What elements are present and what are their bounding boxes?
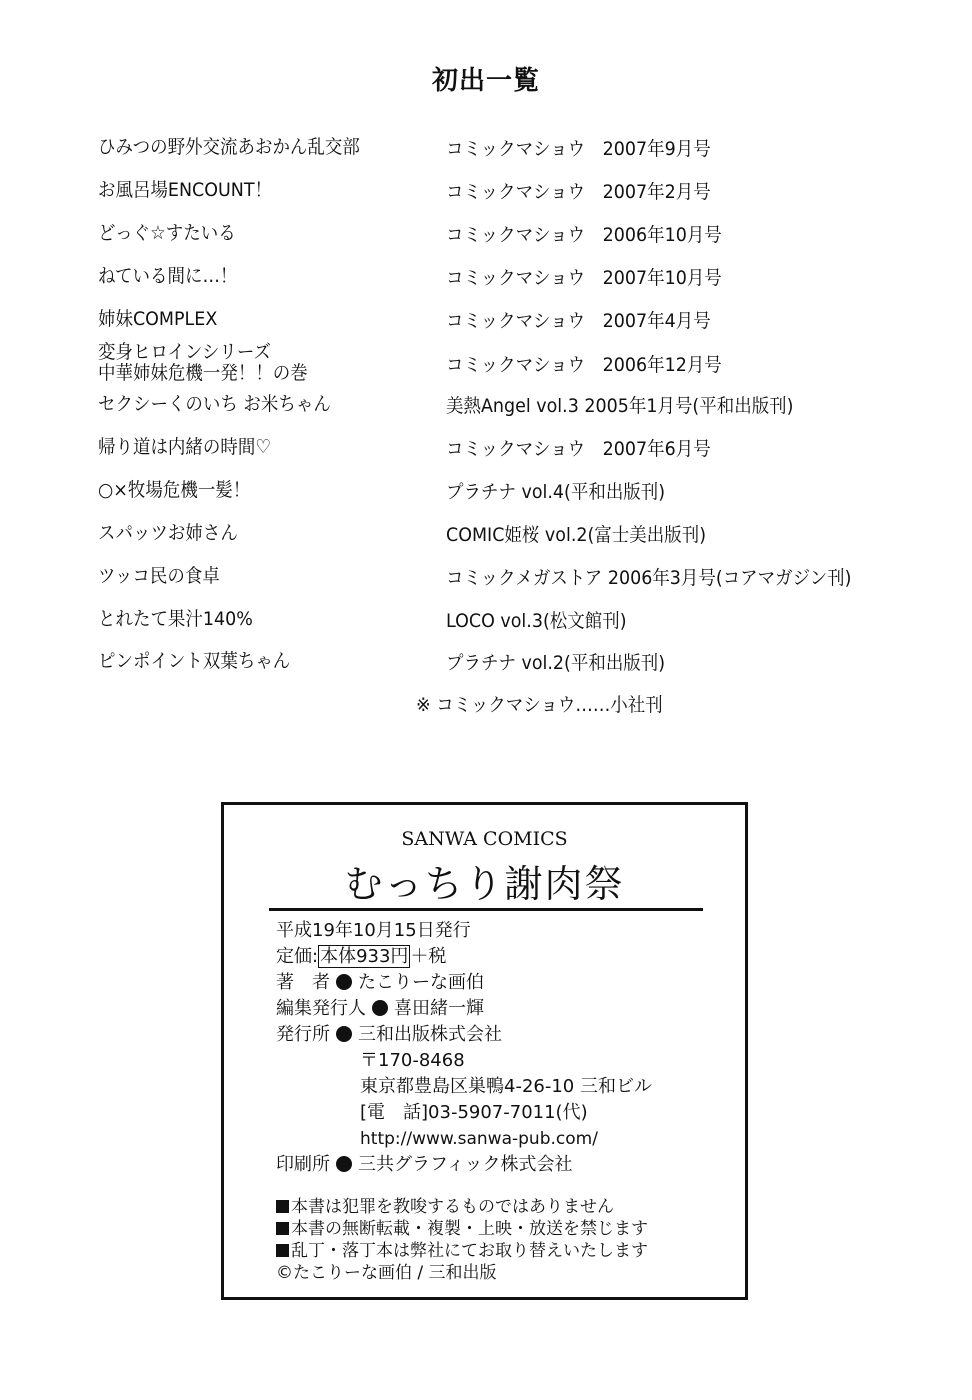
- colophon-box: SANWA COMICS むっちり謝肉祭 平成19年10月15日発行 定価:本体…: [221, 802, 748, 1300]
- story-title: お風呂場ENCOUNT！: [98, 180, 418, 201]
- bullet-icon: [372, 1000, 388, 1016]
- phone: [電 話]03-5907-7011(代): [360, 1102, 588, 1124]
- price-line: 定価:本体933円＋税: [276, 946, 446, 968]
- notice-line: 乱丁・落丁本は弊社にてお取り替えいたします: [276, 1241, 648, 1262]
- editor-label: 編集発行人: [276, 998, 366, 1019]
- printer-label: 印刷所: [276, 1154, 330, 1175]
- editor-line: 編集発行人喜田緒一輝: [276, 998, 484, 1020]
- bullet-icon: [336, 1156, 352, 1172]
- bullet-icon: [336, 974, 352, 990]
- story-source: 美熱Angel vol.3 2005年1月号(平和出版刊): [446, 391, 793, 418]
- book-title: むっちり謝肉祭: [224, 853, 745, 908]
- list-item: 帰り道は内緒の時間♡ コミックマショウ 2007年6月号: [98, 427, 958, 467]
- price-suffix: ＋税: [410, 946, 446, 967]
- list-item: セクシーくのいち お米ちゃん 美熱Angel vol.3 2005年1月号(平和…: [98, 384, 958, 424]
- list-item: お風呂場ENCOUNT！ コミックマショウ 2007年2月号: [98, 170, 958, 210]
- story-title: 変身ヒロインシリーズ 中華姉妹危機一発！！の巻: [98, 342, 418, 384]
- postal-code: 〒170-8468: [360, 1050, 465, 1072]
- publisher-name: 三和出版株式会社: [358, 1024, 502, 1045]
- story-source: コミックメガストア 2006年3月号(コアマガジン刊): [446, 563, 851, 590]
- square-bullet-icon: [276, 1200, 289, 1213]
- story-title: ○×牧場危機一髪！: [98, 480, 418, 501]
- story-source: LOCO vol.3(松文館刊): [446, 606, 627, 633]
- story-title: 姉妹COMPLEX: [98, 309, 418, 330]
- copyright: ©たこりーな画伯 / 三和出版: [276, 1263, 497, 1284]
- list-item: スパッツお姉さん COMIC姫桜 vol.2(富士美出版刊): [98, 513, 958, 553]
- story-source: プラチナ vol.4(平和出版刊): [446, 477, 665, 504]
- story-title: どっぐ☆すたいる: [98, 223, 418, 244]
- bullet-icon: [336, 1026, 352, 1042]
- square-bullet-icon: [276, 1244, 289, 1257]
- story-title: スパッツお姉さん: [98, 523, 418, 544]
- list-item: とれたて果汁140% LOCO vol.3(松文館刊): [98, 599, 958, 639]
- list-item: ひみつの野外交流あおかん乱交部 コミックマショウ 2007年9月号: [98, 127, 958, 167]
- notice-text: 本書は犯罪を教唆するものではありません: [291, 1197, 614, 1217]
- story-source: COMIC姫桜 vol.2(富士美出版刊): [446, 520, 706, 547]
- publisher-label: 発行所: [276, 1024, 330, 1045]
- footnote: ※ コミックマショウ……小社刊: [416, 690, 663, 717]
- story-source: コミックマショウ 2007年9月号: [446, 134, 711, 161]
- story-source: プラチナ vol.2(平和出版刊): [446, 648, 665, 675]
- story-source: コミックマショウ 2007年6月号: [446, 434, 711, 461]
- list-item: ピンポイント双葉ちゃん プラチナ vol.2(平和出版刊): [98, 641, 958, 681]
- publisher-line: 発行所三和出版株式会社: [276, 1024, 502, 1046]
- story-source: コミックマショウ 2006年10月号: [446, 220, 722, 247]
- author-name: たこりーな画伯: [358, 972, 484, 993]
- story-title: セクシーくのいち お米ちゃん: [98, 394, 418, 415]
- story-source: コミックマショウ 2006年12月号: [446, 350, 722, 377]
- story-title: とれたて果汁140%: [98, 609, 418, 630]
- story-title-line2: 中華姉妹危機一発！！の巻: [98, 362, 308, 384]
- price-label: 定価:: [276, 946, 318, 967]
- list-item: 姉妹COMPLEX コミックマショウ 2007年4月号: [98, 299, 958, 339]
- notice-text: 乱丁・落丁本は弊社にてお取り替えいたします: [291, 1241, 648, 1261]
- notice-line: 本書は犯罪を教唆するものではありません: [276, 1197, 614, 1218]
- square-bullet-icon: [276, 1222, 289, 1235]
- publish-date: 平成19年10月15日発行: [276, 920, 471, 942]
- list-item: ねている間に…！ コミックマショウ 2007年10月号: [98, 256, 958, 296]
- list-item: ツッコ民の食卓 コミックメガストア 2006年3月号(コアマガジン刊): [98, 556, 958, 596]
- page-title: 初出一覧: [0, 60, 972, 97]
- story-title: 帰り道は内緒の時間♡: [98, 437, 418, 458]
- series-label: SANWA COMICS: [224, 828, 745, 850]
- story-title: ツッコ民の食卓: [98, 566, 418, 587]
- story-title-line1: 変身ヒロインシリーズ: [98, 341, 271, 363]
- website-url: http://www.sanwa-pub.com/: [360, 1128, 598, 1150]
- story-source: コミックマショウ 2007年4月号: [446, 306, 711, 333]
- list-item: ○×牧場危機一髪！ プラチナ vol.4(平和出版刊): [98, 470, 958, 510]
- list-item: どっぐ☆すたいる コミックマショウ 2006年10月号: [98, 213, 958, 253]
- address: 東京都豊島区巣鴨4-26-10 三和ビル: [360, 1076, 652, 1098]
- author-line: 著 者たこりーな画伯: [276, 972, 484, 994]
- story-title: ひみつの野外交流あおかん乱交部: [98, 137, 418, 158]
- price-value: 本体933円: [318, 945, 410, 968]
- story-title: ねている間に…！: [98, 266, 418, 287]
- notice-text: 本書の無断転載・複製・上映・放送を禁じます: [291, 1219, 648, 1239]
- printer-line: 印刷所三共グラフィック株式会社: [276, 1154, 573, 1176]
- list-item: 変身ヒロインシリーズ 中華姉妹危機一発！！の巻 コミックマショウ 2006年12…: [98, 341, 958, 385]
- story-title: ピンポイント双葉ちゃん: [98, 651, 418, 672]
- story-source: コミックマショウ 2007年2月号: [446, 177, 711, 204]
- author-label: 著 者: [276, 972, 330, 993]
- notice-line: 本書の無断転載・複製・上映・放送を禁じます: [276, 1219, 648, 1240]
- printer-name: 三共グラフィック株式会社: [358, 1154, 573, 1175]
- divider: [269, 908, 703, 911]
- editor-name: 喜田緒一輝: [394, 998, 484, 1019]
- story-source: コミックマショウ 2007年10月号: [446, 263, 722, 290]
